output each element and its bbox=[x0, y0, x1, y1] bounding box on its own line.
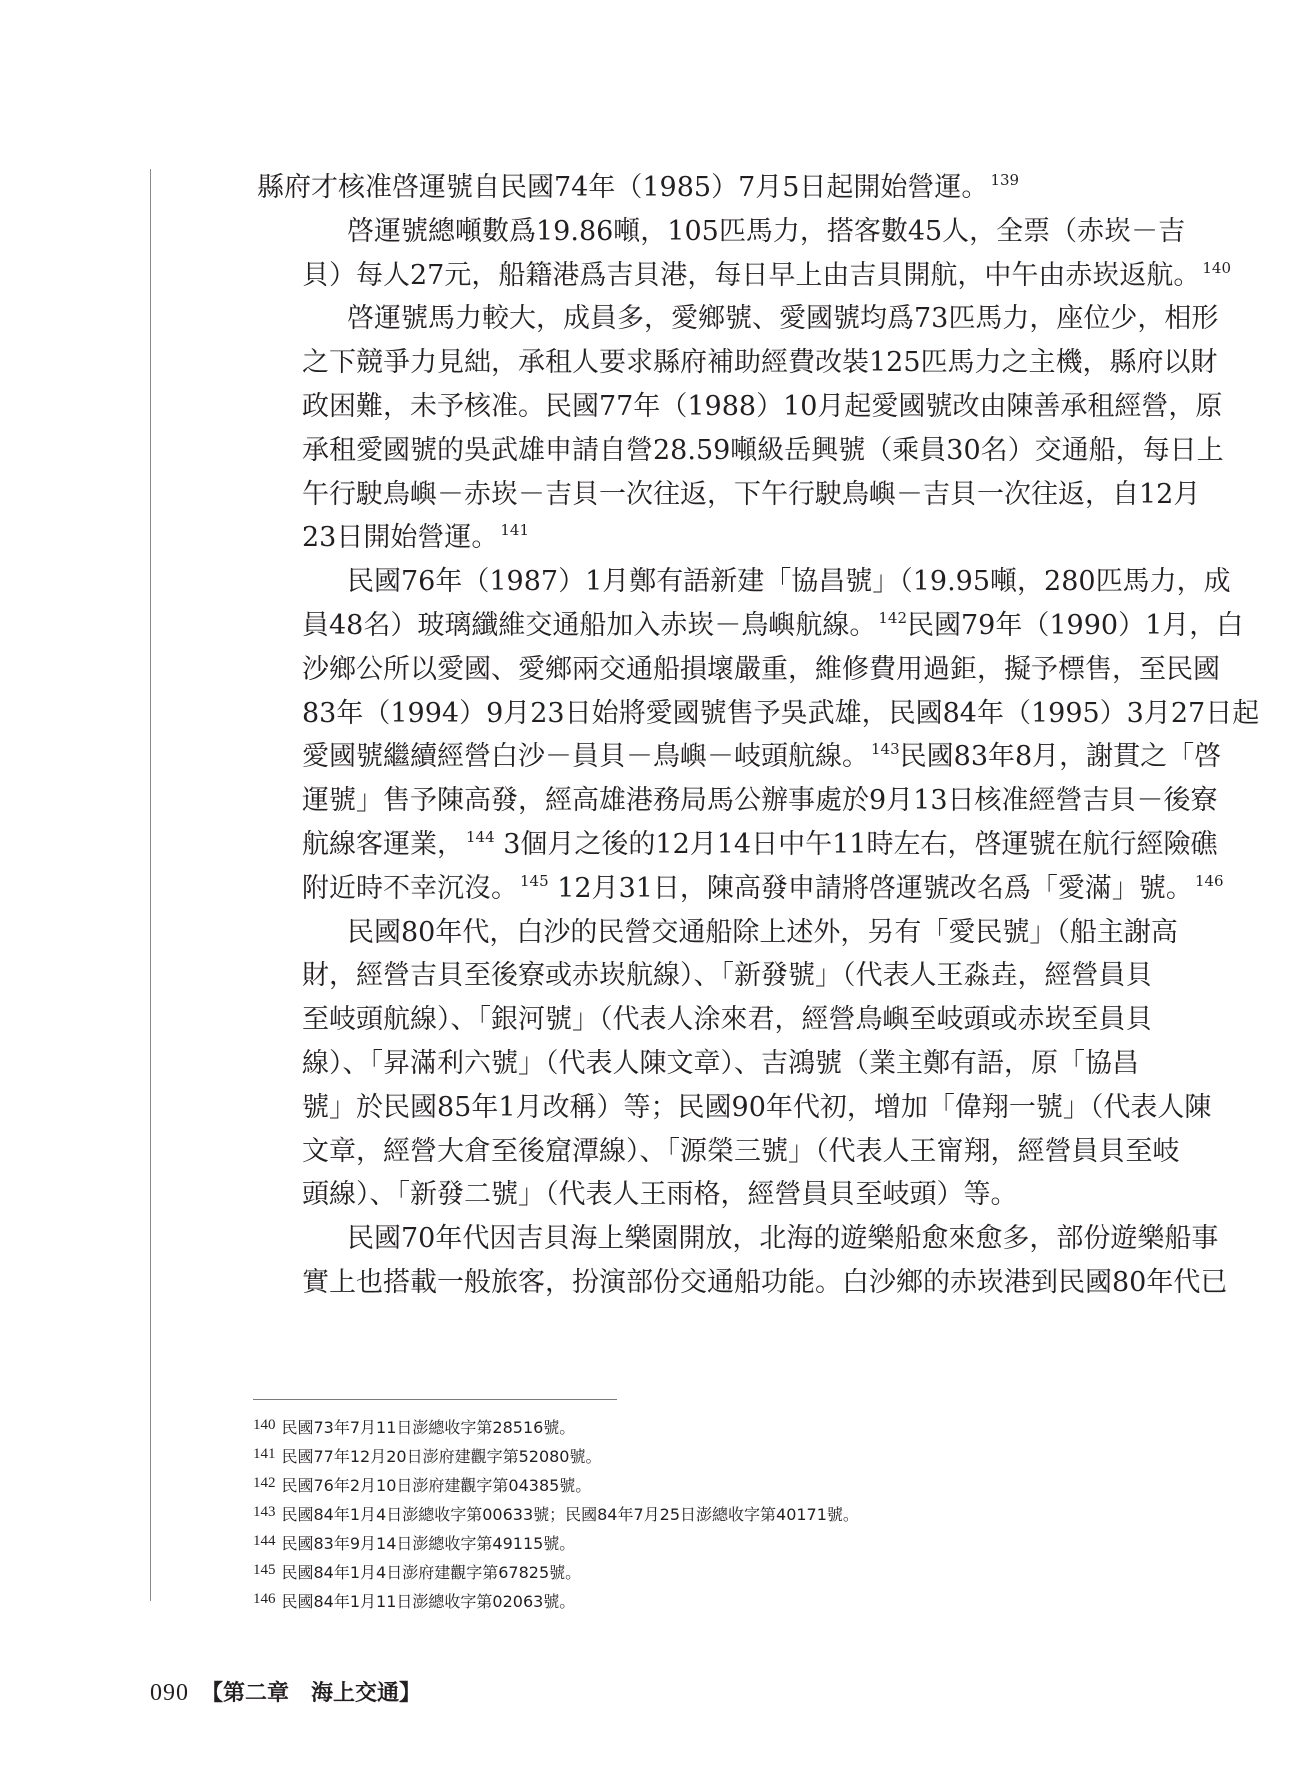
line-text: 附近時不幸沉沒。145 12月31日，陳高發申請將啓運號改名爲「愛滿」號。 bbox=[302, 873, 1193, 904]
paragraph: 啓運號馬力較大，成員多，愛鄉號、愛國號均爲73匹馬力，座位少，相形之下競爭力見絀… bbox=[257, 297, 1129, 560]
text-line: 運號」售予陳高發，經高雄港務局馬公辦事處於9月13日核准經營吉貝－後寮 bbox=[257, 779, 1129, 823]
footnote-number: 143 bbox=[253, 1504, 276, 1520]
footnote: 145民國84年1月4日澎府建觀字第67825號。 bbox=[253, 1557, 859, 1586]
footnote: 146民國84年1月11日澎總收字第02063號。 bbox=[253, 1586, 859, 1615]
footnote-number: 140 bbox=[253, 1417, 276, 1433]
footnote-reference[interactable]: 143 bbox=[871, 740, 900, 758]
footnote: 140民國73年7月11日澎總收字第28516號。 bbox=[253, 1412, 859, 1441]
chapter-title: 【第二章 海上交通】 bbox=[201, 1680, 421, 1706]
text-line: 線）、「昇滿利六號」（代表人陳文章）、吉鴻號（業主鄭有語，原「協昌 bbox=[257, 1042, 1129, 1086]
footnote-reference[interactable]: 144 bbox=[466, 828, 495, 846]
text-line: 縣府才核准啓運號自民國74年（1985）7月5日起開始營運。139 bbox=[257, 166, 1129, 210]
text-line: 83年（1994）9月23日始將愛國號售予吳武雄，民國84年（1995）3月27… bbox=[257, 692, 1129, 736]
text-line: 財，經營吉貝至後寮或赤崁航線）、「新發號」（代表人王淼垚，經營員貝 bbox=[257, 954, 1129, 998]
line-text: 實上也搭載一般旅客，扮演部份交通船功能。白沙鄉的赤崁港到民國80年代已 bbox=[302, 1267, 1227, 1298]
footnote-number: 141 bbox=[253, 1446, 276, 1462]
footnote-number: 146 bbox=[253, 1591, 276, 1607]
line-text: 航線客運業，144 3個月之後的12月14日中午11時左右，啓運號在航行經險礁 bbox=[302, 829, 1217, 860]
footnote: 142民國76年2月10日澎府建觀字第04385號。 bbox=[253, 1470, 859, 1499]
text-line: 員48名）玻璃纖維交通船加入赤崁－鳥嶼航線。142民國79年（1990）1月，白 bbox=[257, 604, 1129, 648]
footnote-number: 144 bbox=[253, 1533, 276, 1549]
line-text: 頭線）、「新發二號」（代表人王雨格，經營員貝至岐頭）等。 bbox=[302, 1179, 1018, 1210]
footnote-reference[interactable]: 146 bbox=[1195, 872, 1224, 890]
line-text: 啓運號馬力較大，成員多，愛鄉號、愛國號均爲73匹馬力，座位少，相形 bbox=[347, 303, 1218, 334]
footnote: 144民國83年9月14日澎總收字第49115號。 bbox=[253, 1528, 859, 1557]
footnote-separator bbox=[253, 1399, 617, 1400]
line-text: 承租愛國號的吳武雄申請自營28.59噸級岳興號（乘員30名）交通船，每日上 bbox=[302, 435, 1224, 466]
footnote-reference[interactable]: 140 bbox=[1202, 259, 1231, 277]
line-text: 民國76年（1987）1月鄭有語新建「協昌號」（19.95噸，280匹馬力，成 bbox=[347, 566, 1231, 597]
text-line: 航線客運業，144 3個月之後的12月14日中午11時左右，啓運號在航行經險礁 bbox=[257, 823, 1129, 867]
line-text: 之下競爭力見絀，承租人要求縣府補助經費改裝125匹馬力之主機，縣府以財 bbox=[302, 347, 1218, 378]
margin-rule bbox=[150, 169, 151, 1601]
footnote-reference[interactable]: 139 bbox=[990, 171, 1019, 189]
line-text: 至岐頭航線）、「銀河號」（代表人涂來君，經營鳥嶼至岐頭或赤崁至員貝 bbox=[302, 1004, 1153, 1035]
footnote-text: 民國73年7月11日澎總收字第28516號。 bbox=[282, 1418, 576, 1437]
text-line: 之下競爭力見絀，承租人要求縣府補助經費改裝125匹馬力之主機，縣府以財 bbox=[257, 341, 1129, 385]
footnote: 141民國77年12月20日澎府建觀字第52080號。 bbox=[253, 1441, 859, 1470]
line-text: 23日開始營運。 bbox=[302, 522, 498, 553]
text-line: 23日開始營運。141 bbox=[257, 516, 1129, 560]
footnote-reference[interactable]: 141 bbox=[500, 521, 529, 539]
text-line: 政困難，未予核准。民國77年（1988）10月起愛國號改由陳善承租經營，原 bbox=[257, 385, 1129, 429]
line-text: 民國80年代，白沙的民營交通船除上述外，另有「愛民號」（船主謝高 bbox=[347, 917, 1178, 948]
footnote-text: 民國84年1月4日澎總收字第00633號；民國84年7月25日澎總收字第4017… bbox=[282, 1505, 859, 1524]
line-text: 號」於民國85年1月改稱）等；民國90年代初，增加「偉翔一號」（代表人陳 bbox=[302, 1092, 1211, 1123]
footnote-number: 142 bbox=[253, 1475, 276, 1491]
footnote: 143民國84年1月4日澎總收字第00633號；民國84年7月25日澎總收字第4… bbox=[253, 1499, 859, 1528]
paragraph: 民國76年（1987）1月鄭有語新建「協昌號」（19.95噸，280匹馬力，成員… bbox=[257, 560, 1129, 910]
footnote-reference[interactable]: 142 bbox=[878, 609, 907, 627]
page-number: 090 bbox=[150, 1680, 189, 1706]
text-line: 沙鄉公所以愛國、愛鄉兩交通船損壞嚴重，維修費用過鉅，擬予標售，至民國 bbox=[257, 648, 1129, 692]
line-text: 文章，經營大倉至後窟潭線）、「源榮三號」（代表人王甯翔，經營員貝至岐 bbox=[302, 1136, 1180, 1167]
text-line: 民國70年代因吉貝海上樂園開放，北海的遊樂船愈來愈多，部份遊樂船事 bbox=[257, 1217, 1129, 1261]
text-line: 民國76年（1987）1月鄭有語新建「協昌號」（19.95噸，280匹馬力，成 bbox=[257, 560, 1129, 604]
paragraph: 縣府才核准啓運號自民國74年（1985）7月5日起開始營運。139 bbox=[257, 166, 1129, 210]
line-text: 午行駛鳥嶼－赤崁－吉貝一次往返，下午行駛鳥嶼－吉貝一次往返，自12月 bbox=[302, 479, 1200, 510]
text-line: 啓運號馬力較大，成員多，愛鄉號、愛國號均爲73匹馬力，座位少，相形 bbox=[257, 297, 1129, 341]
text-line: 頭線）、「新發二號」（代表人王雨格，經營員貝至岐頭）等。 bbox=[257, 1173, 1129, 1217]
text-line: 文章，經營大倉至後窟潭線）、「源榮三號」（代表人王甯翔，經營員貝至岐 bbox=[257, 1130, 1129, 1174]
text-line: 附近時不幸沉沒。145 12月31日，陳高發申請將啓運號改名爲「愛滿」號。146 bbox=[257, 867, 1129, 911]
text-line: 號」於民國85年1月改稱）等；民國90年代初，增加「偉翔一號」（代表人陳 bbox=[257, 1086, 1129, 1130]
line-text: 政困難，未予核准。民國77年（1988）10月起愛國號改由陳善承租經營，原 bbox=[302, 391, 1222, 422]
line-text: 貝）每人27元，船籍港爲吉貝港，每日早上由吉貝開航，中午由赤崁返航。 bbox=[302, 260, 1200, 291]
paragraph: 民國80年代，白沙的民營交通船除上述外，另有「愛民號」（船主謝高財，經營吉貝至後… bbox=[257, 911, 1129, 1218]
line-text: 83年（1994）9月23日始將愛國號售予吳武雄，民國84年（1995）3月27… bbox=[302, 698, 1259, 729]
paragraph: 啓運號總噸數爲19.86噸，105匹馬力，搭客數45人，全票（赤崁－吉貝）每人2… bbox=[257, 210, 1129, 298]
line-text: 啓運號總噸數爲19.86噸，105匹馬力，搭客數45人，全票（赤崁－吉 bbox=[347, 216, 1185, 247]
text-line: 午行駛鳥嶼－赤崁－吉貝一次往返，下午行駛鳥嶼－吉貝一次往返，自12月 bbox=[257, 473, 1129, 517]
footnotes: 140民國73年7月11日澎總收字第28516號。141民國77年12月20日澎… bbox=[253, 1412, 859, 1615]
footnote-text: 民國84年1月4日澎府建觀字第67825號。 bbox=[282, 1563, 582, 1582]
footnote-number: 145 bbox=[253, 1562, 276, 1578]
line-text: 沙鄉公所以愛國、愛鄉兩交通船損壞嚴重，維修費用過鉅，擬予標售，至民國 bbox=[302, 654, 1220, 685]
line-text: 民國70年代因吉貝海上樂園開放，北海的遊樂船愈來愈多，部份遊樂船事 bbox=[347, 1223, 1218, 1254]
text-line: 民國80年代，白沙的民營交通船除上述外，另有「愛民號」（船主謝高 bbox=[257, 911, 1129, 955]
text-line: 實上也搭載一般旅客，扮演部份交通船功能。白沙鄉的赤崁港到民國80年代已 bbox=[257, 1261, 1129, 1305]
text-line: 至岐頭航線）、「銀河號」（代表人涂來君，經營鳥嶼至岐頭或赤崁至員貝 bbox=[257, 998, 1129, 1042]
text-line: 啓運號總噸數爲19.86噸，105匹馬力，搭客數45人，全票（赤崁－吉 bbox=[257, 210, 1129, 254]
text-line: 愛國號繼續經營白沙－員貝－鳥嶼－岐頭航線。143民國83年8月，謝貫之「啓 bbox=[257, 735, 1129, 779]
line-text: 線）、「昇滿利六號」（代表人陳文章）、吉鴻號（業主鄭有語，原「協昌 bbox=[302, 1048, 1139, 1079]
footnote-text: 民國77年12月20日澎府建觀字第52080號。 bbox=[282, 1447, 602, 1466]
line-text: 縣府才核准啓運號自民國74年（1985）7月5日起開始營運。 bbox=[257, 172, 988, 203]
line-text: 員48名）玻璃纖維交通船加入赤崁－鳥嶼航線。142民國79年（1990）1月，白 bbox=[302, 610, 1243, 641]
footnote-text: 民國84年1月11日澎總收字第02063號。 bbox=[282, 1592, 576, 1611]
paragraph: 民國70年代因吉貝海上樂園開放，北海的遊樂船愈來愈多，部份遊樂船事實上也搭載一般… bbox=[257, 1217, 1129, 1305]
footnote-text: 民國83年9月14日澎總收字第49115號。 bbox=[282, 1534, 576, 1553]
line-text: 財，經營吉貝至後寮或赤崁航線）、「新發號」（代表人王淼垚，經營員貝 bbox=[302, 960, 1153, 991]
page-footer: 090 【第二章 海上交通】 bbox=[150, 1676, 421, 1707]
line-text: 運號」售予陳高發，經高雄港務局馬公辦事處於9月13日核准經營吉貝－後寮 bbox=[302, 785, 1218, 816]
text-line: 承租愛國號的吳武雄申請自營28.59噸級岳興號（乘員30名）交通船，每日上 bbox=[257, 429, 1129, 473]
text-line: 貝）每人27元，船籍港爲吉貝港，每日早上由吉貝開航，中午由赤崁返航。140 bbox=[257, 254, 1129, 298]
line-text: 愛國號繼續經營白沙－員貝－鳥嶼－岐頭航線。143民國83年8月，謝貫之「啓 bbox=[302, 741, 1221, 772]
footnote-reference[interactable]: 145 bbox=[520, 872, 549, 890]
footnote-text: 民國76年2月10日澎府建觀字第04385號。 bbox=[282, 1476, 592, 1495]
body-text: 縣府才核准啓運號自民國74年（1985）7月5日起開始營運。139啓運號總噸數爲… bbox=[257, 166, 1129, 1305]
